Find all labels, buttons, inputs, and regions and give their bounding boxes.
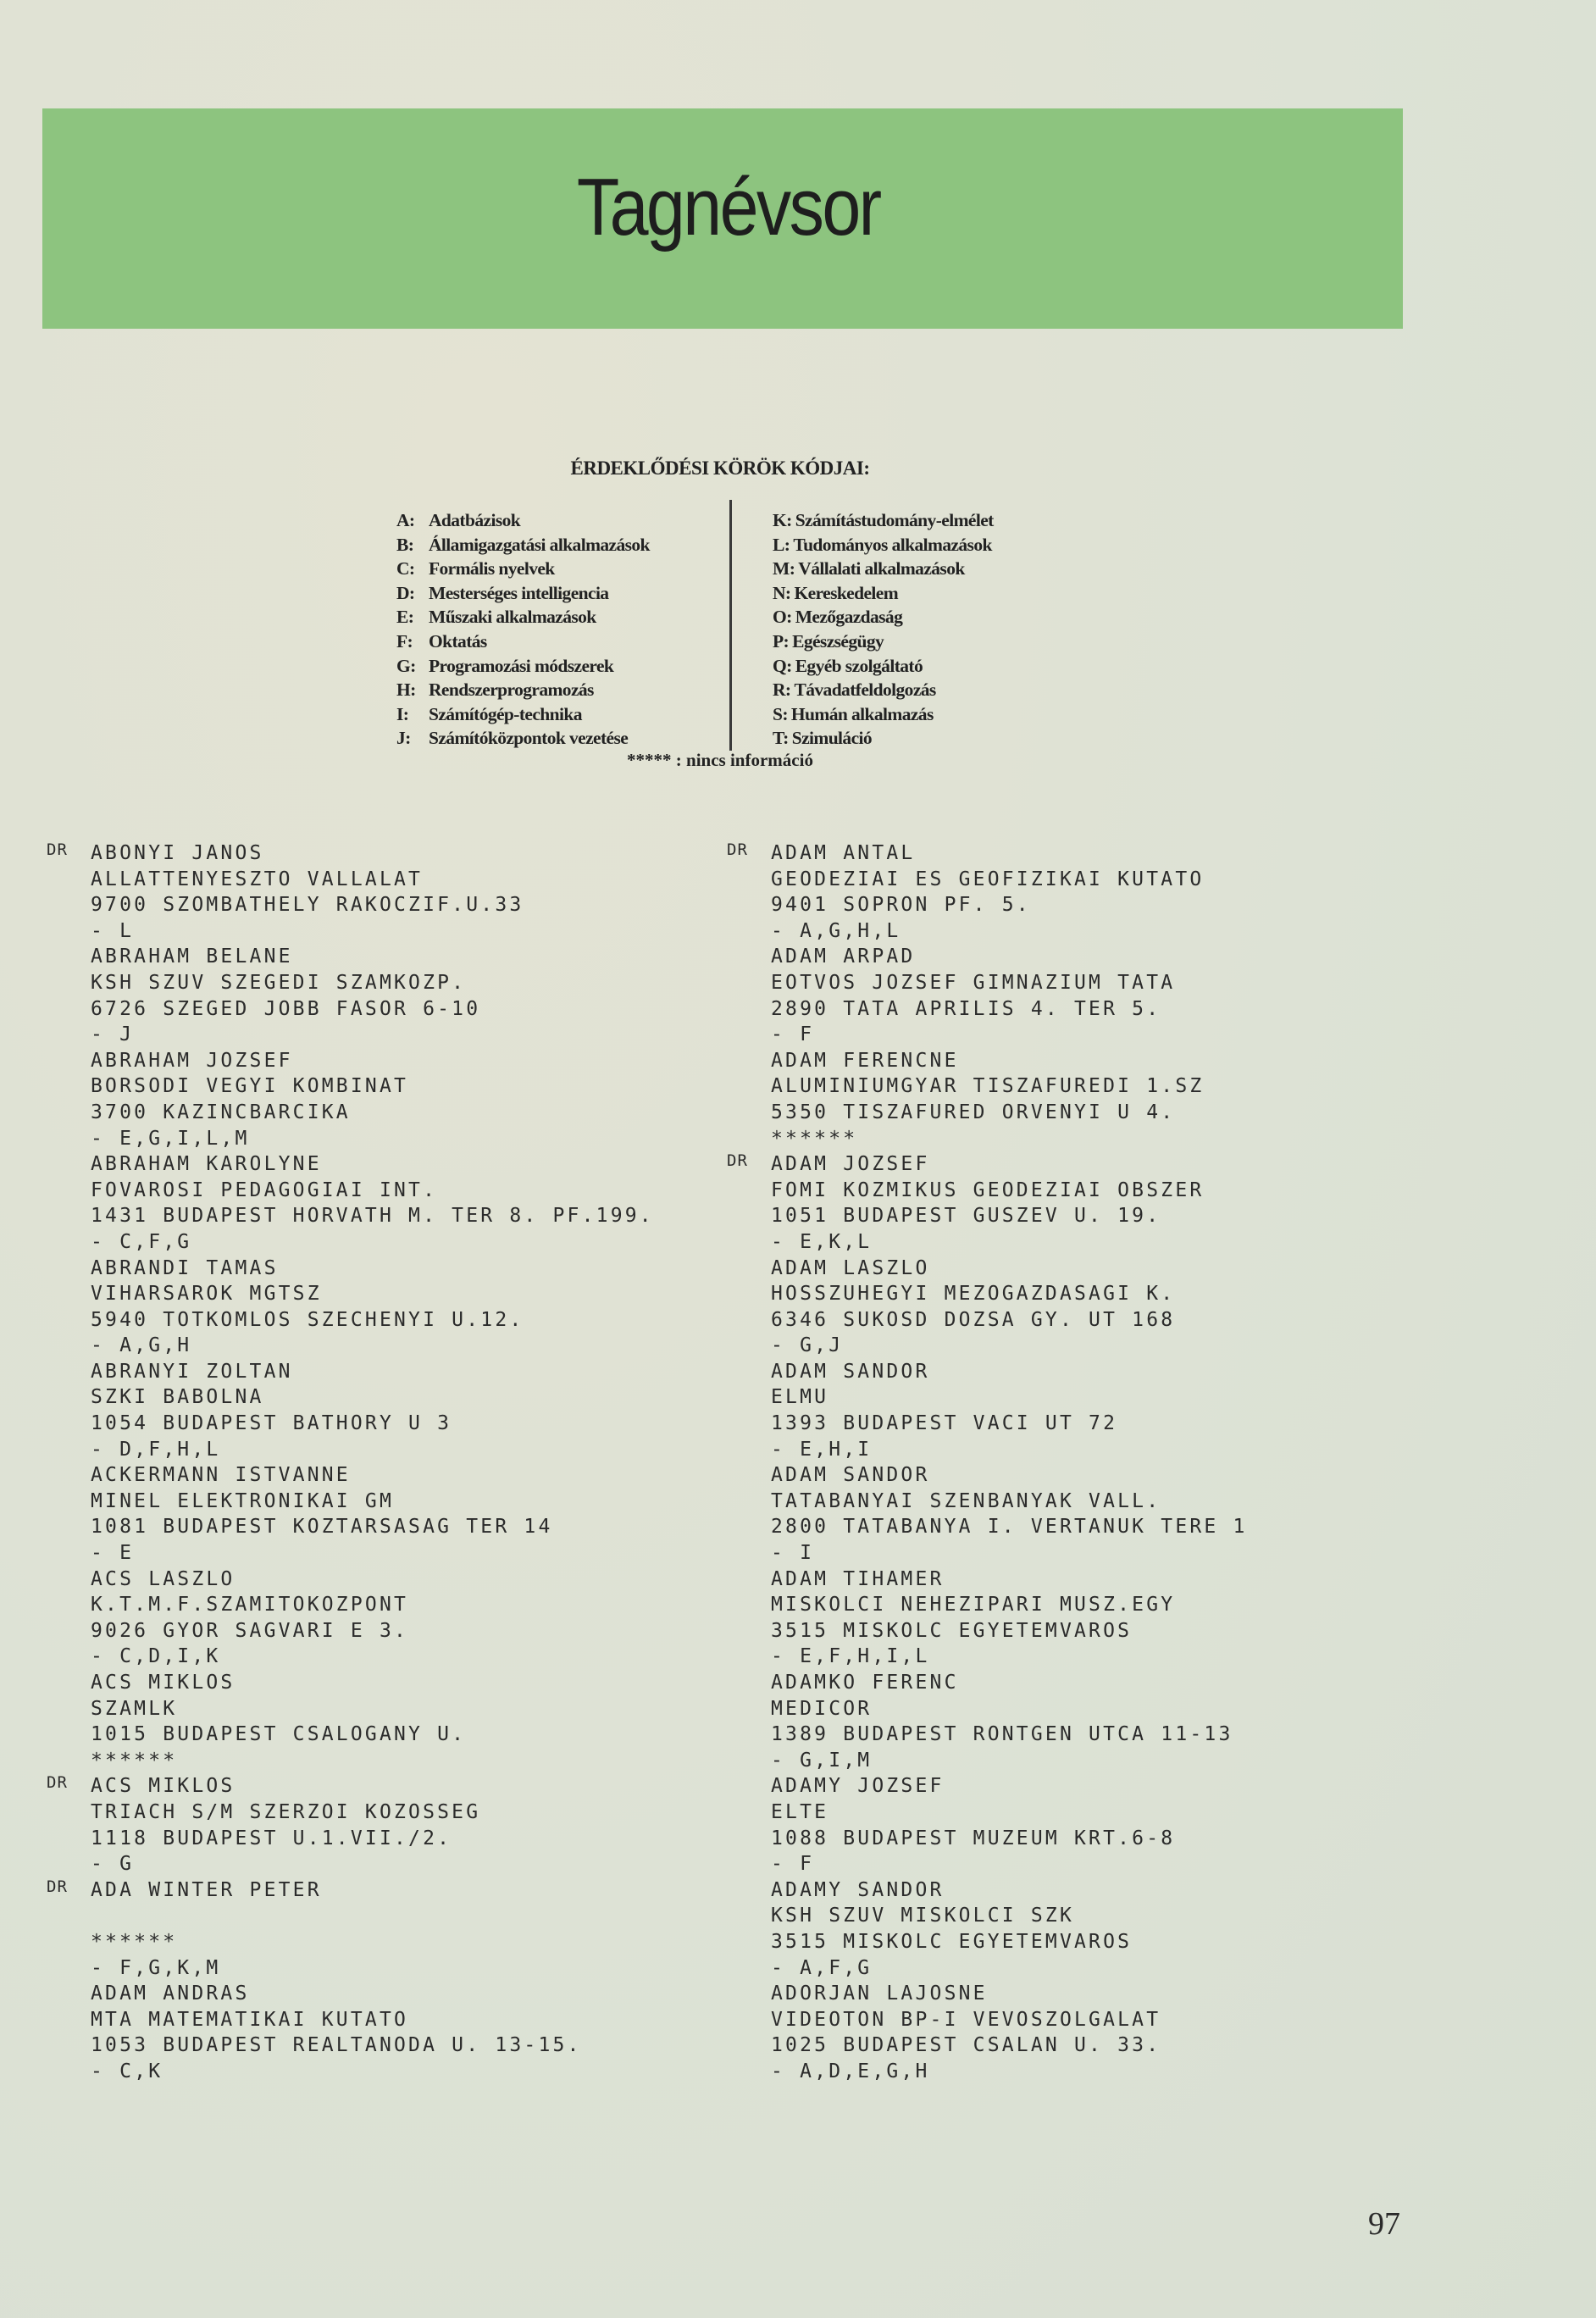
legend-code: M:	[773, 557, 795, 581]
title-prefix: DR	[47, 837, 68, 863]
list-text: SZAMLK	[47, 1696, 177, 1722]
list-text: ******	[47, 1929, 177, 1955]
legend-divider	[729, 500, 732, 751]
list-line: 2890 TATA APRILIS 4. TER 5.	[727, 996, 1248, 1023]
list-line: 1389 BUDAPEST RONTGEN UTCA 11-13	[727, 1722, 1248, 1748]
list-text: - C,F,G	[47, 1229, 191, 1256]
legend-label: Humán alkalmazás	[791, 704, 934, 724]
list-text: ALUMINIUMGYAR TISZAFUREDI 1.SZ	[727, 1073, 1204, 1100]
list-line: - C,F,G	[47, 1229, 654, 1256]
list-line: - C,K	[47, 2059, 654, 2085]
list-line: ADAM ARPAD	[727, 944, 1248, 970]
list-line: ADAM FERENCNE	[727, 1048, 1248, 1074]
list-line: ******	[47, 1748, 654, 1774]
list-line: VIHARSAROK MGTSZ	[47, 1281, 654, 1307]
list-line: 1118 BUDAPEST U.1.VII./2.	[47, 1826, 654, 1852]
legend-label: Egészségügy	[792, 631, 884, 652]
list-text: ADAMY SANDOR	[727, 1877, 945, 1904]
list-line: ELTE	[727, 1799, 1248, 1826]
list-line: GEODEZIAI ES GEOFIZIKAI KUTATO	[727, 867, 1248, 893]
list-text: ABRANDI TAMAS	[47, 1256, 279, 1282]
list-text: 1088 BUDAPEST MUZEUM KRT.6-8	[727, 1826, 1175, 1852]
list-text: VIHARSAROK MGTSZ	[47, 1281, 322, 1307]
list-text: 1054 BUDAPEST BATHORY U 3	[47, 1411, 452, 1437]
list-line: - E,H,I	[727, 1437, 1248, 1463]
legend-label: Oktatás	[429, 631, 487, 652]
list-text: ACS MIKLOS	[47, 1670, 235, 1696]
list-text: K.T.M.F.SZAMITOKOZPONT	[47, 1592, 408, 1618]
list-text: ABRAHAM KAROLYNE	[47, 1151, 322, 1178]
list-text: - I	[727, 1540, 814, 1567]
list-line: - A,F,G	[727, 1955, 1248, 1982]
list-line: ADAM SANDOR	[727, 1462, 1248, 1489]
list-text: ABRANYI ZOLTAN	[47, 1359, 293, 1385]
list-text: KSH SZUV MISKOLCI SZK	[727, 1903, 1074, 1929]
list-line: ******	[47, 1929, 654, 1955]
list-line: - J	[47, 1022, 654, 1048]
list-line: ******	[727, 1126, 1248, 1152]
legend-code: L:	[773, 533, 790, 557]
legend-item: J:Számítóközpontok vezetése	[396, 726, 650, 751]
legend-label: Adatbázisok	[429, 510, 520, 530]
list-line: MEDICOR	[727, 1696, 1248, 1722]
legend-code: S:	[773, 702, 788, 727]
list-text: FOVAROSI PEDAGOGIAI INT.	[47, 1178, 437, 1204]
list-text: 9401 SOPRON PF. 5.	[727, 892, 1031, 918]
list-text: ADAM TIHAMER	[727, 1567, 945, 1593]
list-line: - A,G,H	[47, 1333, 654, 1359]
legend-code: K:	[773, 508, 792, 533]
list-text: KSH SZUV SZEGEDI SZAMKOZP.	[47, 970, 466, 996]
list-text: MEDICOR	[727, 1696, 872, 1722]
title-prefix: DR	[47, 1770, 68, 1796]
legend-item: Q:Egyéb szolgáltató	[773, 654, 994, 679]
list-text: 1025 BUDAPEST CSALAN U. 33.	[727, 2032, 1161, 2059]
list-line: EOTVOS JOZSEF GIMNAZIUM TATA	[727, 970, 1248, 996]
list-line: SZAMLK	[47, 1696, 654, 1722]
list-text: 1015 BUDAPEST CSALOGANY U.	[47, 1722, 466, 1748]
list-text: 2800 TATABANYA I. VERTANUK TERE 1	[727, 1514, 1248, 1540]
legend-item: H:Rendszerprogramozás	[396, 678, 650, 702]
list-line: 1015 BUDAPEST CSALOGANY U.	[47, 1722, 654, 1748]
list-text: ADAMKO FERENC	[727, 1670, 959, 1696]
page-number: 97	[1368, 2205, 1400, 2243]
list-line: - A,D,E,G,H	[727, 2059, 1248, 2085]
list-text: ABRAHAM BELANE	[47, 944, 293, 970]
legend-label: Számítástudomány-elmélet	[795, 510, 994, 530]
list-line: 9700 SZOMBATHELY RAKOCZIF.U.33	[47, 892, 654, 918]
list-text: 5350 TISZAFURED ORVENYI U 4.	[727, 1100, 1175, 1126]
list-line: ADAMY SANDOR	[727, 1877, 1248, 1904]
legend-code: G:	[396, 654, 429, 679]
list-text: ADA WINTER PETER	[47, 1877, 322, 1904]
list-text: ADAM JOZSEF	[727, 1151, 930, 1178]
legend-code: H:	[396, 678, 429, 702]
list-text: 9026 GYOR SAGVARI E 3.	[47, 1618, 408, 1644]
list-text: - F,G,K,M	[47, 1955, 220, 1982]
list-line: TRIACH S/M SZERZOI KOZOSSEG	[47, 1799, 654, 1826]
list-line: 3515 MISKOLC EGYETEMVAROS	[727, 1618, 1248, 1644]
legend-code: D:	[396, 581, 429, 606]
list-text: 1118 BUDAPEST U.1.VII./2.	[47, 1826, 452, 1852]
list-text: ADAM ARPAD	[727, 944, 915, 970]
list-text: - C,D,I,K	[47, 1644, 220, 1670]
list-text: - F	[727, 1851, 814, 1877]
list-text: - A,G,H,L	[727, 918, 901, 945]
legend-label: Formális nyelvek	[429, 558, 555, 579]
list-line: MISKOLCI NEHEZIPARI MUSZ.EGY	[727, 1592, 1248, 1618]
list-line: - G,J	[727, 1333, 1248, 1359]
list-text: FOMI KOZMIKUS GEODEZIAI OBSZER	[727, 1178, 1204, 1204]
legend-label: Államigazgatási alkalmazások	[429, 535, 650, 555]
legend-code: O:	[773, 605, 792, 629]
list-line: - E,K,L	[727, 1229, 1248, 1256]
list-text: 9700 SZOMBATHELY RAKOCZIF.U.33	[47, 892, 524, 918]
list-line: ADAMY JOZSEF	[727, 1773, 1248, 1799]
legend-item: R:Távadatfeldolgozás	[773, 678, 994, 702]
list-line: ADAM ANDRAS	[47, 1981, 654, 2007]
list-line: - G,I,M	[727, 1748, 1248, 1774]
legend-label: Szimuláció	[792, 728, 872, 748]
list-line: ELMU	[727, 1384, 1248, 1411]
list-text: 1053 BUDAPEST REALTANODA U. 13-15.	[47, 2032, 582, 2059]
list-text: ADORJAN LAJOSNE	[727, 1981, 988, 2007]
legend-code: T:	[773, 726, 789, 751]
list-line	[47, 1903, 654, 1929]
list-line: 1051 BUDAPEST GUSZEV U. 19.	[727, 1203, 1248, 1229]
list-text: EOTVOS JOZSEF GIMNAZIUM TATA	[727, 970, 1175, 996]
legend-item: G:Programozási módszerek	[396, 654, 650, 679]
list-line: - D,F,H,L	[47, 1437, 654, 1463]
list-line: 1431 BUDAPEST HORVATH M. TER 8. PF.199.	[47, 1203, 654, 1229]
legend-label: Számítógép-technika	[429, 704, 582, 724]
list-text: ADAM ANDRAS	[47, 1981, 250, 2007]
list-text: 3700 KAZINCBARCIKA	[47, 1100, 351, 1126]
legend-label: Rendszerprogramozás	[429, 679, 594, 700]
legend-note: ***** : nincs információ	[0, 750, 1440, 771]
list-text: - A,D,E,G,H	[727, 2059, 930, 2085]
list-text: ACS LASZLO	[47, 1567, 235, 1593]
list-text: TATABANYAI SZENBANYAK VALL.	[727, 1489, 1161, 1515]
list-line: MINEL ELEKTRONIKAI GM	[47, 1489, 654, 1515]
list-text: SZKI BABOLNA	[47, 1384, 264, 1411]
legend-item: A:Adatbázisok	[396, 508, 650, 533]
page-title: Tagnévsor	[143, 161, 1313, 254]
list-text: - E	[47, 1540, 134, 1567]
list-line: ACKERMANN ISTVANNE	[47, 1462, 654, 1489]
list-line: ABRANYI ZOLTAN	[47, 1359, 654, 1385]
list-text: - G,I,M	[727, 1748, 872, 1774]
list-line: VIDEOTON BP-I VEVOSZOLGALAT	[727, 2007, 1248, 2033]
legend-code: Q:	[773, 654, 792, 679]
legend-right: K:Számítástudomány-elméletL:Tudományos a…	[773, 508, 994, 751]
list-text: - E,G,I,L,M	[47, 1126, 250, 1152]
list-text: - A,G,H	[47, 1333, 191, 1359]
list-text: 1389 BUDAPEST RONTGEN UTCA 11-13	[727, 1722, 1233, 1748]
list-line: 6726 SZEGED JOBB FASOR 6-10	[47, 996, 654, 1023]
legend-label: Programozási módszerek	[429, 656, 613, 676]
list-line: 3515 MISKOLC EGYETEMVAROS	[727, 1929, 1248, 1955]
list-text: - A,F,G	[727, 1955, 872, 1982]
list-line: - E,G,I,L,M	[47, 1126, 654, 1152]
list-line: 1053 BUDAPEST REALTANODA U. 13-15.	[47, 2032, 654, 2059]
list-line: FOMI KOZMIKUS GEODEZIAI OBSZER	[727, 1178, 1248, 1204]
list-text: - G,J	[727, 1333, 843, 1359]
legend-code: E:	[396, 605, 429, 629]
list-text: - F	[727, 1022, 814, 1048]
list-line: DRABONYI JANOS	[47, 840, 654, 867]
list-line: - E	[47, 1540, 654, 1567]
list-line: 1393 BUDAPEST VACI UT 72	[727, 1411, 1248, 1437]
list-text: 3515 MISKOLC EGYETEMVAROS	[727, 1618, 1132, 1644]
list-text: - E,F,H,I,L	[727, 1644, 930, 1670]
legend-item: I:Számítógép-technika	[396, 702, 650, 727]
list-text: 2890 TATA APRILIS 4. TER 5.	[727, 996, 1161, 1023]
legend-code: F:	[396, 629, 429, 654]
legend-label: Műszaki alkalmazások	[429, 607, 596, 627]
list-text: 1051 BUDAPEST GUSZEV U. 19.	[727, 1203, 1161, 1229]
legend-code: I:	[396, 702, 429, 727]
list-line: - A,G,H,L	[727, 918, 1248, 945]
list-text: 1393 BUDAPEST VACI UT 72	[727, 1411, 1117, 1437]
list-text: 1431 BUDAPEST HORVATH M. TER 8. PF.199.	[47, 1203, 654, 1229]
legend-item: D:Mesterséges intelligencia	[396, 581, 650, 606]
list-text: - E,H,I	[727, 1437, 872, 1463]
list-line: 5940 TOTKOMLOS SZECHENYI U.12.	[47, 1307, 654, 1334]
list-line: ABRAHAM BELANE	[47, 944, 654, 970]
list-line: ADAM LASZLO	[727, 1256, 1248, 1282]
list-text: - E,K,L	[727, 1229, 872, 1256]
list-text: ADAM LASZLO	[727, 1256, 930, 1282]
legend-label: Távadatfeldolgozás	[795, 679, 936, 700]
list-line: - F	[727, 1851, 1248, 1877]
list-line: - G	[47, 1851, 654, 1877]
title-prefix: DR	[727, 837, 748, 863]
list-text: TRIACH S/M SZERZOI KOZOSSEG	[47, 1799, 480, 1826]
list-line: 9026 GYOR SAGVARI E 3.	[47, 1618, 654, 1644]
list-line: 2800 TATABANYA I. VERTANUK TERE 1	[727, 1514, 1248, 1540]
list-line: ALLATTENYESZTO VALLALAT	[47, 867, 654, 893]
list-line: ABRANDI TAMAS	[47, 1256, 654, 1282]
list-line: MTA MATEMATIKAI KUTATO	[47, 2007, 654, 2033]
list-text: ADAMY JOZSEF	[727, 1773, 945, 1799]
list-text: ACS MIKLOS	[47, 1773, 235, 1799]
list-line: ADAM SANDOR	[727, 1359, 1248, 1385]
list-text: ELMU	[727, 1384, 828, 1411]
legend-code: B:	[396, 533, 429, 557]
list-line: ACS MIKLOS	[47, 1670, 654, 1696]
legend-item: T:Szimuláció	[773, 726, 994, 751]
legend-code: R:	[773, 678, 791, 702]
list-text: ABONYI JANOS	[47, 840, 264, 867]
list-line: TATABANYAI SZENBANYAK VALL.	[727, 1489, 1248, 1515]
list-line: HOSSZUHEGYI MEZOGAZDASAGI K.	[727, 1281, 1248, 1307]
list-line: KSH SZUV MISKOLCI SZK	[727, 1903, 1248, 1929]
legend-label: Számítóközpontok vezetése	[429, 728, 628, 748]
list-line: BORSODI VEGYI KOMBINAT	[47, 1073, 654, 1100]
list-text: ADAM SANDOR	[727, 1359, 930, 1385]
legend-item: S:Humán alkalmazás	[773, 702, 994, 727]
list-line: 1081 BUDAPEST KOZTARSASAG TER 14	[47, 1514, 654, 1540]
legend-item: F:Oktatás	[396, 629, 650, 654]
list-text: - J	[47, 1022, 134, 1048]
list-line: 1088 BUDAPEST MUZEUM KRT.6-8	[727, 1826, 1248, 1852]
legend-label: Mezőgazdaság	[795, 607, 903, 627]
list-line: 3700 KAZINCBARCIKA	[47, 1100, 654, 1126]
list-line: ABRAHAM JOZSEF	[47, 1048, 654, 1074]
list-line: DRADA WINTER PETER	[47, 1877, 654, 1904]
list-line: DRADAM JOZSEF	[727, 1151, 1248, 1178]
legend-item: N:Kereskedelem	[773, 581, 994, 606]
list-line: 5350 TISZAFURED ORVENYI U 4.	[727, 1100, 1248, 1126]
list-text: ADAM ANTAL	[727, 840, 915, 867]
list-text: BORSODI VEGYI KOMBINAT	[47, 1073, 408, 1100]
list-text: GEODEZIAI ES GEOFIZIKAI KUTATO	[727, 867, 1204, 893]
list-text: ABRAHAM JOZSEF	[47, 1048, 293, 1074]
list-line: - I	[727, 1540, 1248, 1567]
list-line: 6346 SUKOSD DOZSA GY. UT 168	[727, 1307, 1248, 1334]
member-list-right: DRADAM ANTALGEODEZIAI ES GEOFIZIKAI KUTA…	[727, 840, 1248, 2085]
list-line: 1054 BUDAPEST BATHORY U 3	[47, 1411, 654, 1437]
list-line: ACS LASZLO	[47, 1567, 654, 1593]
list-line: ABRAHAM KAROLYNE	[47, 1151, 654, 1178]
legend-item: E:Műszaki alkalmazások	[396, 605, 650, 629]
list-text: 6726 SZEGED JOBB FASOR 6-10	[47, 996, 480, 1023]
list-line: 9401 SOPRON PF. 5.	[727, 892, 1248, 918]
legend-title: ÉRDEKLŐDÉSI KÖRÖK KÓDJAI:	[0, 457, 1440, 480]
legend-label: Mesterséges intelligencia	[429, 583, 608, 603]
list-text: MTA MATEMATIKAI KUTATO	[47, 2007, 408, 2033]
list-text: - D,F,H,L	[47, 1437, 220, 1463]
title-prefix: DR	[727, 1148, 748, 1174]
list-line: DRADAM ANTAL	[727, 840, 1248, 867]
legend-label: Kereskedelem	[795, 583, 899, 603]
legend-label: Vállalati alkalmazások	[798, 558, 964, 579]
list-text: 5940 TOTKOMLOS SZECHENYI U.12.	[47, 1307, 524, 1334]
title-prefix: DR	[47, 1874, 68, 1900]
legend-item: L:Tudományos alkalmazások	[773, 533, 994, 557]
list-text: ADAM SANDOR	[727, 1462, 930, 1489]
list-line: FOVAROSI PEDAGOGIAI INT.	[47, 1178, 654, 1204]
list-text: ELTE	[727, 1799, 828, 1826]
list-text: 3515 MISKOLC EGYETEMVAROS	[727, 1929, 1132, 1955]
list-line: K.T.M.F.SZAMITOKOZPONT	[47, 1592, 654, 1618]
list-line: - F,G,K,M	[47, 1955, 654, 1982]
legend-code: J:	[396, 726, 429, 751]
list-line: ADORJAN LAJOSNE	[727, 1981, 1248, 2007]
list-text: 1081 BUDAPEST KOZTARSASAG TER 14	[47, 1514, 553, 1540]
list-line: KSH SZUV SZEGEDI SZAMKOZP.	[47, 970, 654, 996]
list-line: ADAMKO FERENC	[727, 1670, 1248, 1696]
list-line: 1025 BUDAPEST CSALAN U. 33.	[727, 2032, 1248, 2059]
list-line: - F	[727, 1022, 1248, 1048]
legend-code: A:	[396, 508, 429, 533]
legend-label: Egyéb szolgáltató	[795, 656, 923, 676]
legend-item: K:Számítástudomány-elmélet	[773, 508, 994, 533]
legend-item: B:Államigazgatási alkalmazások	[396, 533, 650, 557]
list-line: - E,F,H,I,L	[727, 1644, 1248, 1670]
list-line: ADAM TIHAMER	[727, 1567, 1248, 1593]
list-line: ALUMINIUMGYAR TISZAFUREDI 1.SZ	[727, 1073, 1248, 1100]
list-text: 6346 SUKOSD DOZSA GY. UT 168	[727, 1307, 1175, 1334]
list-text: ADAM FERENCNE	[727, 1048, 959, 1074]
list-line: - C,D,I,K	[47, 1644, 654, 1670]
legend-left: A:AdatbázisokB:Államigazgatási alkalmazá…	[396, 508, 650, 751]
list-text: - L	[47, 918, 134, 945]
list-text: HOSSZUHEGYI MEZOGAZDASAGI K.	[727, 1281, 1175, 1307]
list-line: SZKI BABOLNA	[47, 1384, 654, 1411]
legend-label: Tudományos alkalmazások	[793, 535, 992, 555]
legend-item: C:Formális nyelvek	[396, 557, 650, 581]
legend-item: M:Vállalati alkalmazások	[773, 557, 994, 581]
list-text: MINEL ELEKTRONIKAI GM	[47, 1489, 394, 1515]
title-banner: Tagnévsor	[42, 108, 1403, 329]
legend-item: P:Egészségügy	[773, 629, 994, 654]
legend-code: C:	[396, 557, 429, 581]
list-line: DRACS MIKLOS	[47, 1773, 654, 1799]
list-text: ACKERMANN ISTVANNE	[47, 1462, 351, 1489]
list-text: - C,K	[47, 2059, 163, 2085]
legend-item: O:Mezőgazdaság	[773, 605, 994, 629]
legend-code: N:	[773, 581, 791, 606]
member-list-left: DRABONYI JANOSALLATTENYESZTO VALLALAT970…	[47, 840, 654, 2085]
list-text: ALLATTENYESZTO VALLALAT	[47, 867, 423, 893]
list-text: VIDEOTON BP-I VEVOSZOLGALAT	[727, 2007, 1161, 2033]
list-line: - L	[47, 918, 654, 945]
legend-code: P:	[773, 629, 789, 654]
list-text: MISKOLCI NEHEZIPARI MUSZ.EGY	[727, 1592, 1175, 1618]
